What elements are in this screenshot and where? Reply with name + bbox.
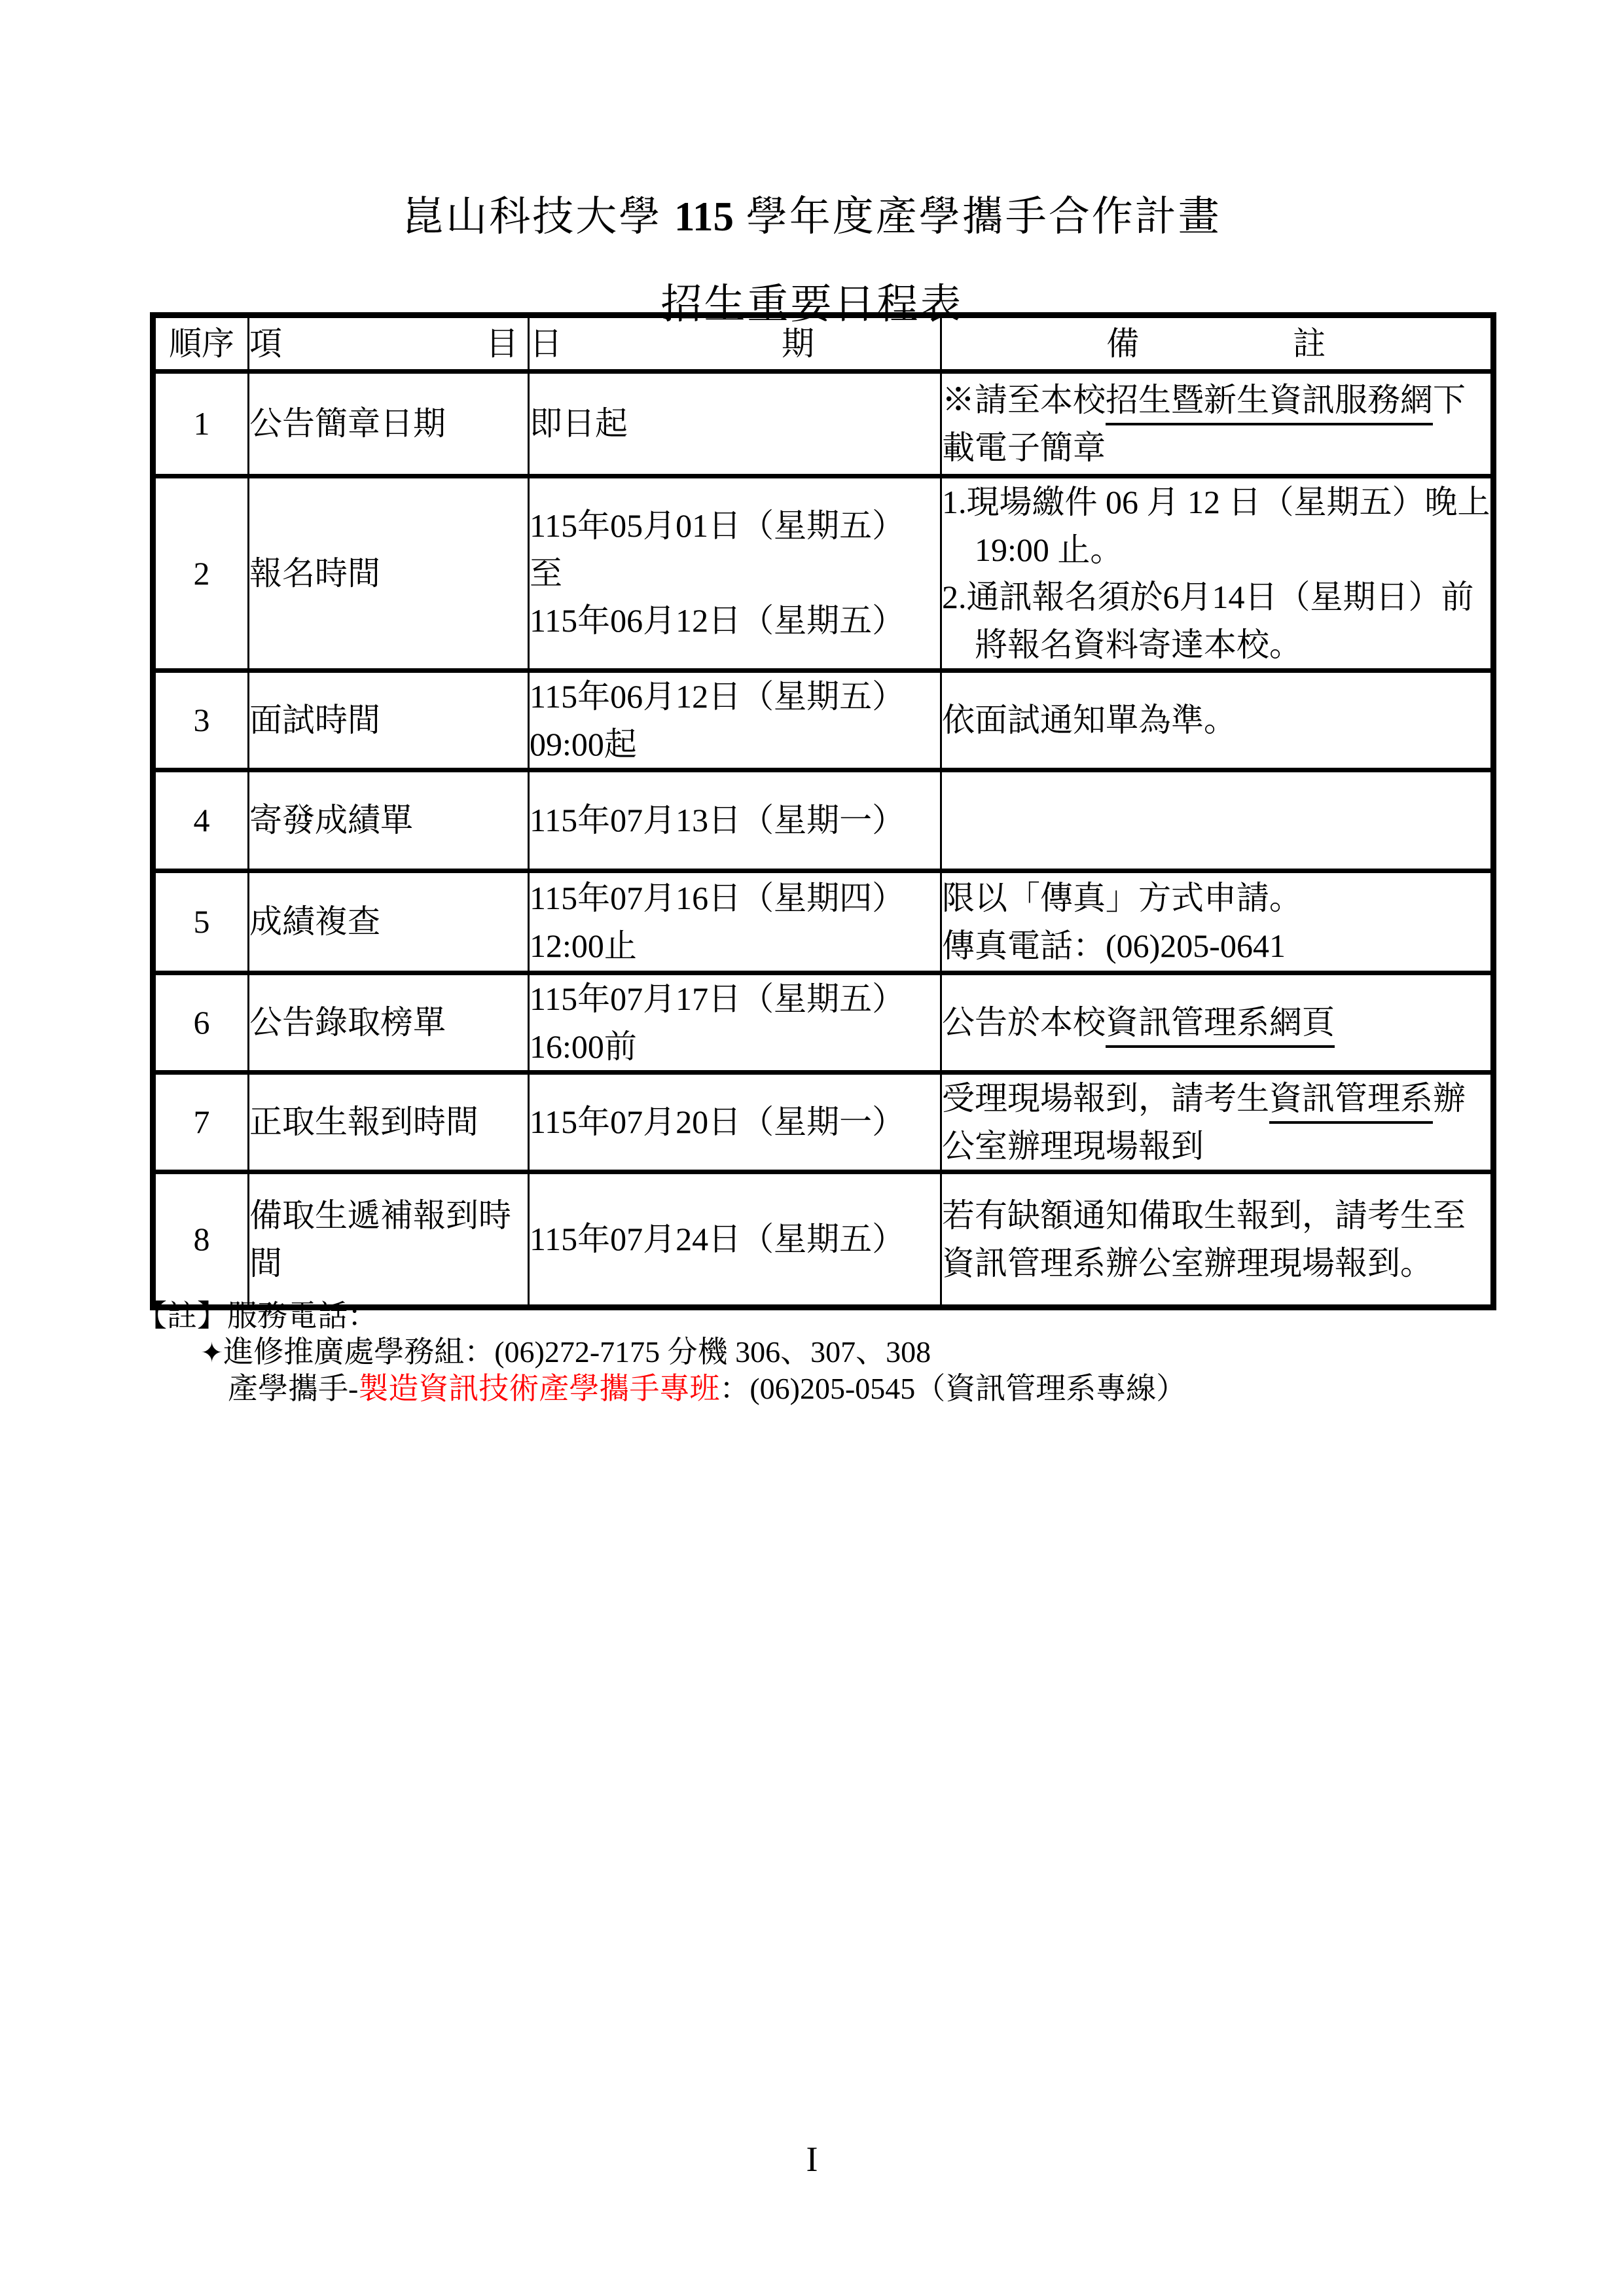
date-line: 115年07月13日（星期一）: [530, 797, 940, 844]
date-line: 115年06月12日（星期五）: [530, 673, 940, 721]
footnote-phone-line-2: 產學攜手-製造資訊技術產學攜手專班：(06)205-0545（資訊管理系專線）: [137, 1371, 1186, 1407]
cell-remark: 受理現場報到，請考生資訊管理系辦 公室辦理現場報到: [941, 1073, 1494, 1172]
remark-line: 2.通訊報名須於6月14日（星期日）前: [942, 573, 1490, 621]
remark-line: 載電子簡章: [942, 424, 1490, 472]
remark-line: 公室辦理現場報到: [942, 1122, 1490, 1170]
remark-line: 依面試通知單為準。: [942, 696, 1490, 744]
column-header-order: 順序: [153, 315, 249, 372]
header-remark-char-left: 備: [1106, 320, 1139, 368]
document-title: 崑山科技大學 115 學年度產學攜手合作計畫: [0, 183, 1624, 243]
remark-line: 傳真電話：(06)205-0641: [942, 922, 1490, 970]
cell-item: 成績複查: [249, 871, 529, 973]
cell-item: 正取生報到時間: [249, 1073, 529, 1172]
header-item-char-left: 項: [249, 320, 282, 368]
title-text-pre: 崑山科技大學: [403, 194, 674, 240]
cell-item: 面試時間: [249, 671, 529, 770]
cell-item: 備取生遞補報到時間: [249, 1172, 529, 1308]
remark-line: 19:00 止。: [942, 526, 1490, 574]
remark-line: 若有缺額通知備取生報到，請考生至: [942, 1192, 1490, 1240]
date-line: 即日起: [530, 400, 940, 448]
date-line: 12:00止: [530, 922, 940, 970]
cell-remark: ※請至本校招生暨新生資訊服務網下 載電子簡章: [941, 372, 1494, 476]
cell-date: 115年07月24日（星期五）: [529, 1172, 941, 1308]
footnote-phone-line-1: ✦進修推廣處學務組：(06)272-7175 分機 306、307、308: [137, 1334, 1186, 1371]
remark-line: 受理現場報到，請考生資訊管理系辦: [942, 1075, 1490, 1122]
date-line: 115年07月17日（星期五）: [530, 975, 940, 1023]
footnotes: 【註】服務電話： ✦進修推廣處學務組：(06)272-7175 分機 306、3…: [137, 1298, 1186, 1407]
remark-text: ※請至本校: [942, 382, 1106, 418]
remark-line: 公告於本校資訊管理系網頁: [942, 999, 1490, 1047]
cell-item: 報名時間: [249, 476, 529, 671]
cell-order: 2: [153, 476, 249, 671]
footnote-text: ：(06)205-0545（資訊管理系專線）: [719, 1372, 1186, 1405]
column-header-date: 日期: [529, 315, 941, 372]
cell-date: 115年07月20日（星期一）: [529, 1073, 941, 1172]
date-line: 09:00起: [530, 721, 940, 768]
remark-line: ※請至本校招生暨新生資訊服務網下: [942, 376, 1490, 424]
remark-line: 資訊管理系辦公室辦理現場報到。: [942, 1240, 1490, 1287]
cell-date: 115年07月17日（星期五） 16:00前: [529, 973, 941, 1073]
table-row: 7 正取生報到時間 115年07月20日（星期一） 受理現場報到，請考生資訊管理…: [153, 1073, 1494, 1172]
table-row: 4 寄發成績單 115年07月13日（星期一）: [153, 770, 1494, 871]
cell-order: 6: [153, 973, 249, 1073]
highlighted-program-name: 製造資訊技術產學攜手專班: [358, 1372, 719, 1405]
table-row: 6 公告錄取榜單 115年07月17日（星期五） 16:00前 公告於本校資訊管…: [153, 973, 1494, 1073]
date-line: 115年07月16日（星期四）: [530, 874, 940, 922]
title-text-post: 學年度產學攜手合作計畫: [734, 194, 1221, 240]
underlined-text: 資訊管理系: [1269, 1080, 1433, 1124]
cell-remark: 若有缺額通知備取生報到，請考生至 資訊管理系辦公室辦理現場報到。: [941, 1172, 1494, 1308]
remark-text: 公告於本校: [942, 1004, 1106, 1041]
cell-order: 8: [153, 1172, 249, 1308]
date-line: 16:00前: [530, 1023, 940, 1071]
cell-item: 公告錄取榜單: [249, 973, 529, 1073]
cell-order: 3: [153, 671, 249, 770]
cell-date: 115年07月16日（星期四） 12:00止: [529, 871, 941, 973]
cell-order: 5: [153, 871, 249, 973]
date-line: 115年06月12日（星期五）: [530, 597, 940, 645]
table-row: 5 成績複查 115年07月16日（星期四） 12:00止 限以「傳真」方式申請…: [153, 871, 1494, 973]
cell-remark: 1.現場繳件 06 月 12 日（星期五）晚上 19:00 止。 2.通訊報名須…: [941, 476, 1494, 671]
underlined-text: 招生暨新生資訊服務網: [1106, 382, 1433, 425]
cell-item: 公告簡章日期: [249, 372, 529, 476]
footnote-note-label-line: 【註】服務電話：: [137, 1298, 1186, 1334]
remark-line: 1.現場繳件 06 月 12 日（星期五）晚上: [942, 478, 1490, 526]
footnote-text: 進修推廣處學務組：(06)272-7175 分機 306、307、308: [223, 1335, 931, 1369]
cell-date: 115年05月01日（星期五） 至 115年06月12日（星期五）: [529, 476, 941, 671]
remark-text: 辦: [1433, 1080, 1466, 1117]
header-date-char-left: 日: [530, 320, 562, 368]
cell-date: 即日起: [529, 372, 941, 476]
cell-date: 115年06月12日（星期五） 09:00起: [529, 671, 941, 770]
remark-line: 將報名資料寄達本校。: [942, 621, 1490, 669]
cell-remark: 依面試通知單為準。: [941, 671, 1494, 770]
cell-item: 寄發成績單: [249, 770, 529, 871]
remark-line: 限以「傳真」方式申請。: [942, 874, 1490, 922]
page-number: I: [0, 2139, 1624, 2179]
date-line: 至: [530, 550, 940, 598]
table-row: 3 面試時間 115年06月12日（星期五） 09:00起 依面試通知單為準。: [153, 671, 1494, 770]
cell-order: 1: [153, 372, 249, 476]
cell-order: 4: [153, 770, 249, 871]
cell-remark: 公告於本校資訊管理系網頁: [941, 973, 1494, 1073]
cell-date: 115年07月13日（星期一）: [529, 770, 941, 871]
footnote-text: 產學攜手-: [228, 1372, 358, 1405]
cell-remark: [941, 770, 1494, 871]
title-year-number: 115: [674, 194, 734, 240]
header-date-char-right: 期: [782, 320, 814, 368]
date-line: 115年05月01日（星期五）: [530, 502, 940, 550]
schedule-table: 順序 項目 日期 備註 1 公告簡章日期 即日起 ※請至本校招生暨新生資訊服務網…: [150, 312, 1496, 1310]
remark-text: 受理現場報到，請考生: [942, 1080, 1269, 1117]
table-row: 8 備取生遞補報到時間 115年07月24日（星期五） 若有缺額通知備取生報到，…: [153, 1172, 1494, 1308]
date-line: 115年07月24日（星期五）: [530, 1215, 940, 1263]
table-row: 2 報名時間 115年05月01日（星期五） 至 115年06月12日（星期五）…: [153, 476, 1494, 671]
column-header-remark: 備註: [941, 315, 1494, 372]
cell-order: 7: [153, 1073, 249, 1172]
header-item-char-right: 目: [486, 320, 518, 368]
date-line: 115年07月20日（星期一）: [530, 1098, 940, 1146]
document-page: { "title": { "line1_pre": "崑山科技大學 ", "li…: [0, 0, 1624, 2296]
table-header-row: 順序 項目 日期 備註: [153, 315, 1494, 372]
remark-text: 下: [1433, 382, 1466, 418]
cell-remark: 限以「傳真」方式申請。 傳真電話：(06)205-0641: [941, 871, 1494, 973]
header-remark-char-right: 註: [1293, 320, 1326, 368]
underlined-text: 資訊管理系網頁: [1106, 1004, 1335, 1048]
column-header-item: 項目: [249, 315, 529, 372]
star-bullet-icon: ✦: [200, 1336, 223, 1369]
table-row: 1 公告簡章日期 即日起 ※請至本校招生暨新生資訊服務網下 載電子簡章: [153, 372, 1494, 476]
